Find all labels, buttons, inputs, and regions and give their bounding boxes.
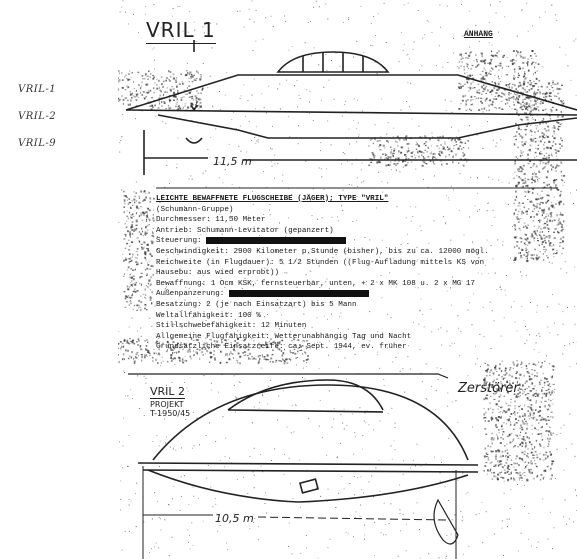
spec-line: Steuerung: [156, 236, 576, 247]
spec-label: Antrieb: [156, 227, 197, 235]
spec-value: 5 1/2 Stunden ((Flug-Aufladung mittels K… [279, 259, 484, 267]
spec-label: Geschwindigkeit: [156, 248, 233, 256]
spec-label: Allgemeine Flugfähigkeit: [156, 333, 274, 341]
spec-line: Allgemeine Flugfähigkeit: Wetterunabhäng… [156, 332, 576, 343]
spec-line: Bewaffnung: 1 Ocm KSK, fernsteuerbar, un… [156, 279, 576, 290]
spec-line: Grundsätzliche Einsatzreife: ca. Sept. 1… [156, 342, 576, 353]
vril1-drawing [126, 40, 577, 188]
project-code: T-1950/45 [150, 409, 190, 418]
spec-line: Besatzung: 2 (je nach Einsatzart) bis 5 … [156, 300, 576, 311]
redaction-bar [229, 290, 369, 297]
redaction-bar [206, 237, 346, 244]
variant-link-vril-9[interactable]: VRIL-9 [18, 138, 56, 165]
vril1-title: VRIL 1 [146, 18, 216, 44]
spec-sheet: LEICHTE BEWAFFNETE FLUGSCHEIBE (JÄGER); … [156, 194, 576, 353]
spec-label: Grundsätzliche Einsatzreife: [156, 343, 288, 351]
spec-value: 100 % [238, 312, 261, 320]
vril1-dimension: 11,5 m [213, 155, 252, 168]
vril2-dimension: 10,5 m [215, 512, 254, 525]
variant-link-vril-2[interactable]: VRIL-2 [18, 111, 56, 138]
spec-label: (Schumann-Gruppe) [156, 206, 233, 214]
spec-line: Geschwindigkeit: 2900 Kilometer p.Stunde… [156, 247, 576, 258]
scanned-document: VRIL 1 ANHANG 11,5 m LEICHTE BEWAFFNETE … [118, 0, 577, 559]
spec-lines: (Schumann-Gruppe) Durchmesser: 11,50 Met… [156, 205, 576, 353]
spec-line: Stillschwebefähigkeit: 12 Minuten [156, 321, 576, 332]
spec-label: Reichweite (in Flugdauer): [156, 259, 279, 267]
spec-value: ca. Sept. 1944, ev. früher [288, 343, 406, 351]
spec-line: Weltallfähigkeit: 100 % [156, 311, 576, 322]
spec-label: Außenpanzerung: [156, 290, 229, 298]
spec-line: Außenpanzerung: [156, 289, 576, 300]
vril2-title: VRIL 2 [150, 385, 185, 399]
variant-list: VRIL-1 VRIL-2 VRIL-9 [18, 84, 56, 165]
spec-value: 12 Minuten [261, 322, 307, 330]
spec-label: Steuerung: [156, 237, 206, 245]
spec-label: Stillschwebefähigkeit: [156, 322, 261, 330]
spec-label: Bewaffnung: [156, 280, 211, 288]
spec-value: 2 (je nach Einsatzart) bis 5 Mann [206, 301, 356, 309]
spec-line: (Schumann-Gruppe) [156, 205, 576, 216]
vril2-project: PROJEKT T-1950/45 [150, 400, 190, 418]
spec-label: Hausebu: aus wied erprobt)) [156, 269, 279, 277]
spec-line: Antrieb: Schumann-Levitator (gepanzert) [156, 226, 576, 237]
spec-line: Durchmesser: 11,50 Meter [156, 215, 576, 226]
spec-value: 11,50 Meter [215, 216, 265, 224]
spec-label: Besatzung: [156, 301, 206, 309]
spec-value: Wetterunabhängig Tag und Nacht [274, 333, 411, 341]
spec-value: 2900 Kilometer p.Stunde (bisher), bis zu… [233, 248, 488, 256]
appendix-label: ANHANG [464, 30, 493, 39]
spec-value: 1 Ocm KSK, fernsteuerbar, unten, + 2 x M… [211, 280, 475, 288]
spec-label: Durchmesser: [156, 216, 215, 224]
spec-line: Hausebu: aus wied erprobt)) [156, 268, 576, 279]
variant-link-vril-1[interactable]: VRIL-1 [18, 84, 56, 111]
spec-title: LEICHTE BEWAFFNETE FLUGSCHEIBE (JÄGER); … [156, 194, 576, 205]
spec-label: Weltallfähigkeit: [156, 312, 238, 320]
spec-value: Schumann-Levitator (gepanzert) [197, 227, 334, 235]
vril2-subtitle: Zerstörer [458, 381, 519, 396]
project-label: PROJEKT [150, 400, 190, 409]
spec-line: Reichweite (in Flugdauer): 5 1/2 Stunden… [156, 258, 576, 269]
